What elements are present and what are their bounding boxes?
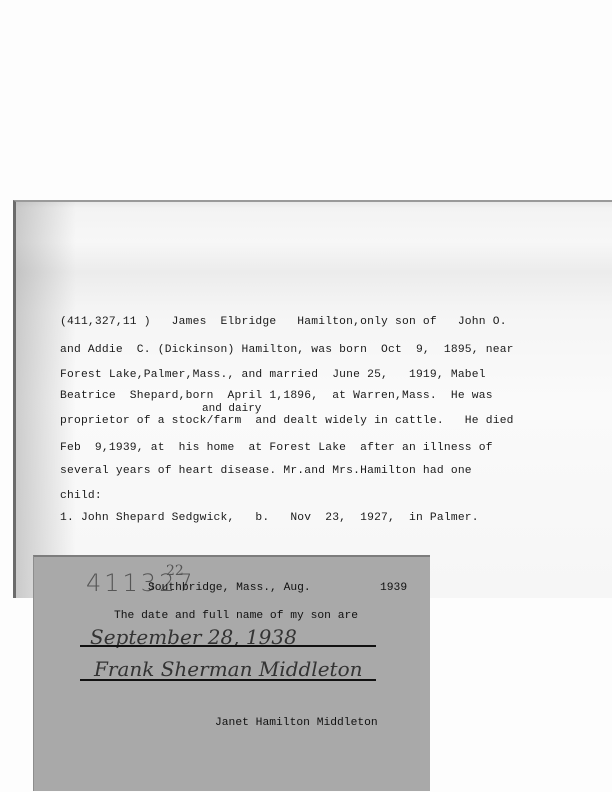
place-date: Southbridge, Mass., Aug. [148, 582, 311, 594]
handwritten-name: Frank Sherman Middleton [94, 657, 363, 681]
typed-line: several years of heart disease. Mr.and M… [60, 465, 472, 477]
typed-line: 1. John Shepard Sedgwick, b. Nov 23, 192… [60, 512, 479, 524]
name-rule [80, 679, 376, 681]
statement: The date and full name of my son are [114, 610, 358, 622]
typed-line: Beatrice Shepard,born April 1,1896, at W… [60, 390, 493, 402]
typed-line: (411,327,11 ) James Elbridge Hamilton,on… [60, 316, 507, 328]
typed-line: child: [60, 490, 102, 502]
date-rule [80, 645, 376, 647]
handwritten-superscript: 22 [166, 563, 184, 579]
response-card: 411327 22 Southbridge, Mass., Aug. 1939 … [33, 555, 430, 791]
typed-line: and Addie C. (Dickinson) Hamilton, was b… [60, 344, 514, 356]
typed-line: Forest Lake,Palmer,Mass., and married Ju… [60, 369, 486, 381]
typed-line: proprietor of a stock/farm and dealt wid… [60, 415, 514, 427]
signature: Janet Hamilton Middleton [215, 717, 378, 729]
typed-line: Feb 9,1939, at his home at Forest Lake a… [60, 442, 493, 454]
year: 1939 [380, 582, 407, 594]
inserted-text: and dairy [202, 403, 261, 415]
